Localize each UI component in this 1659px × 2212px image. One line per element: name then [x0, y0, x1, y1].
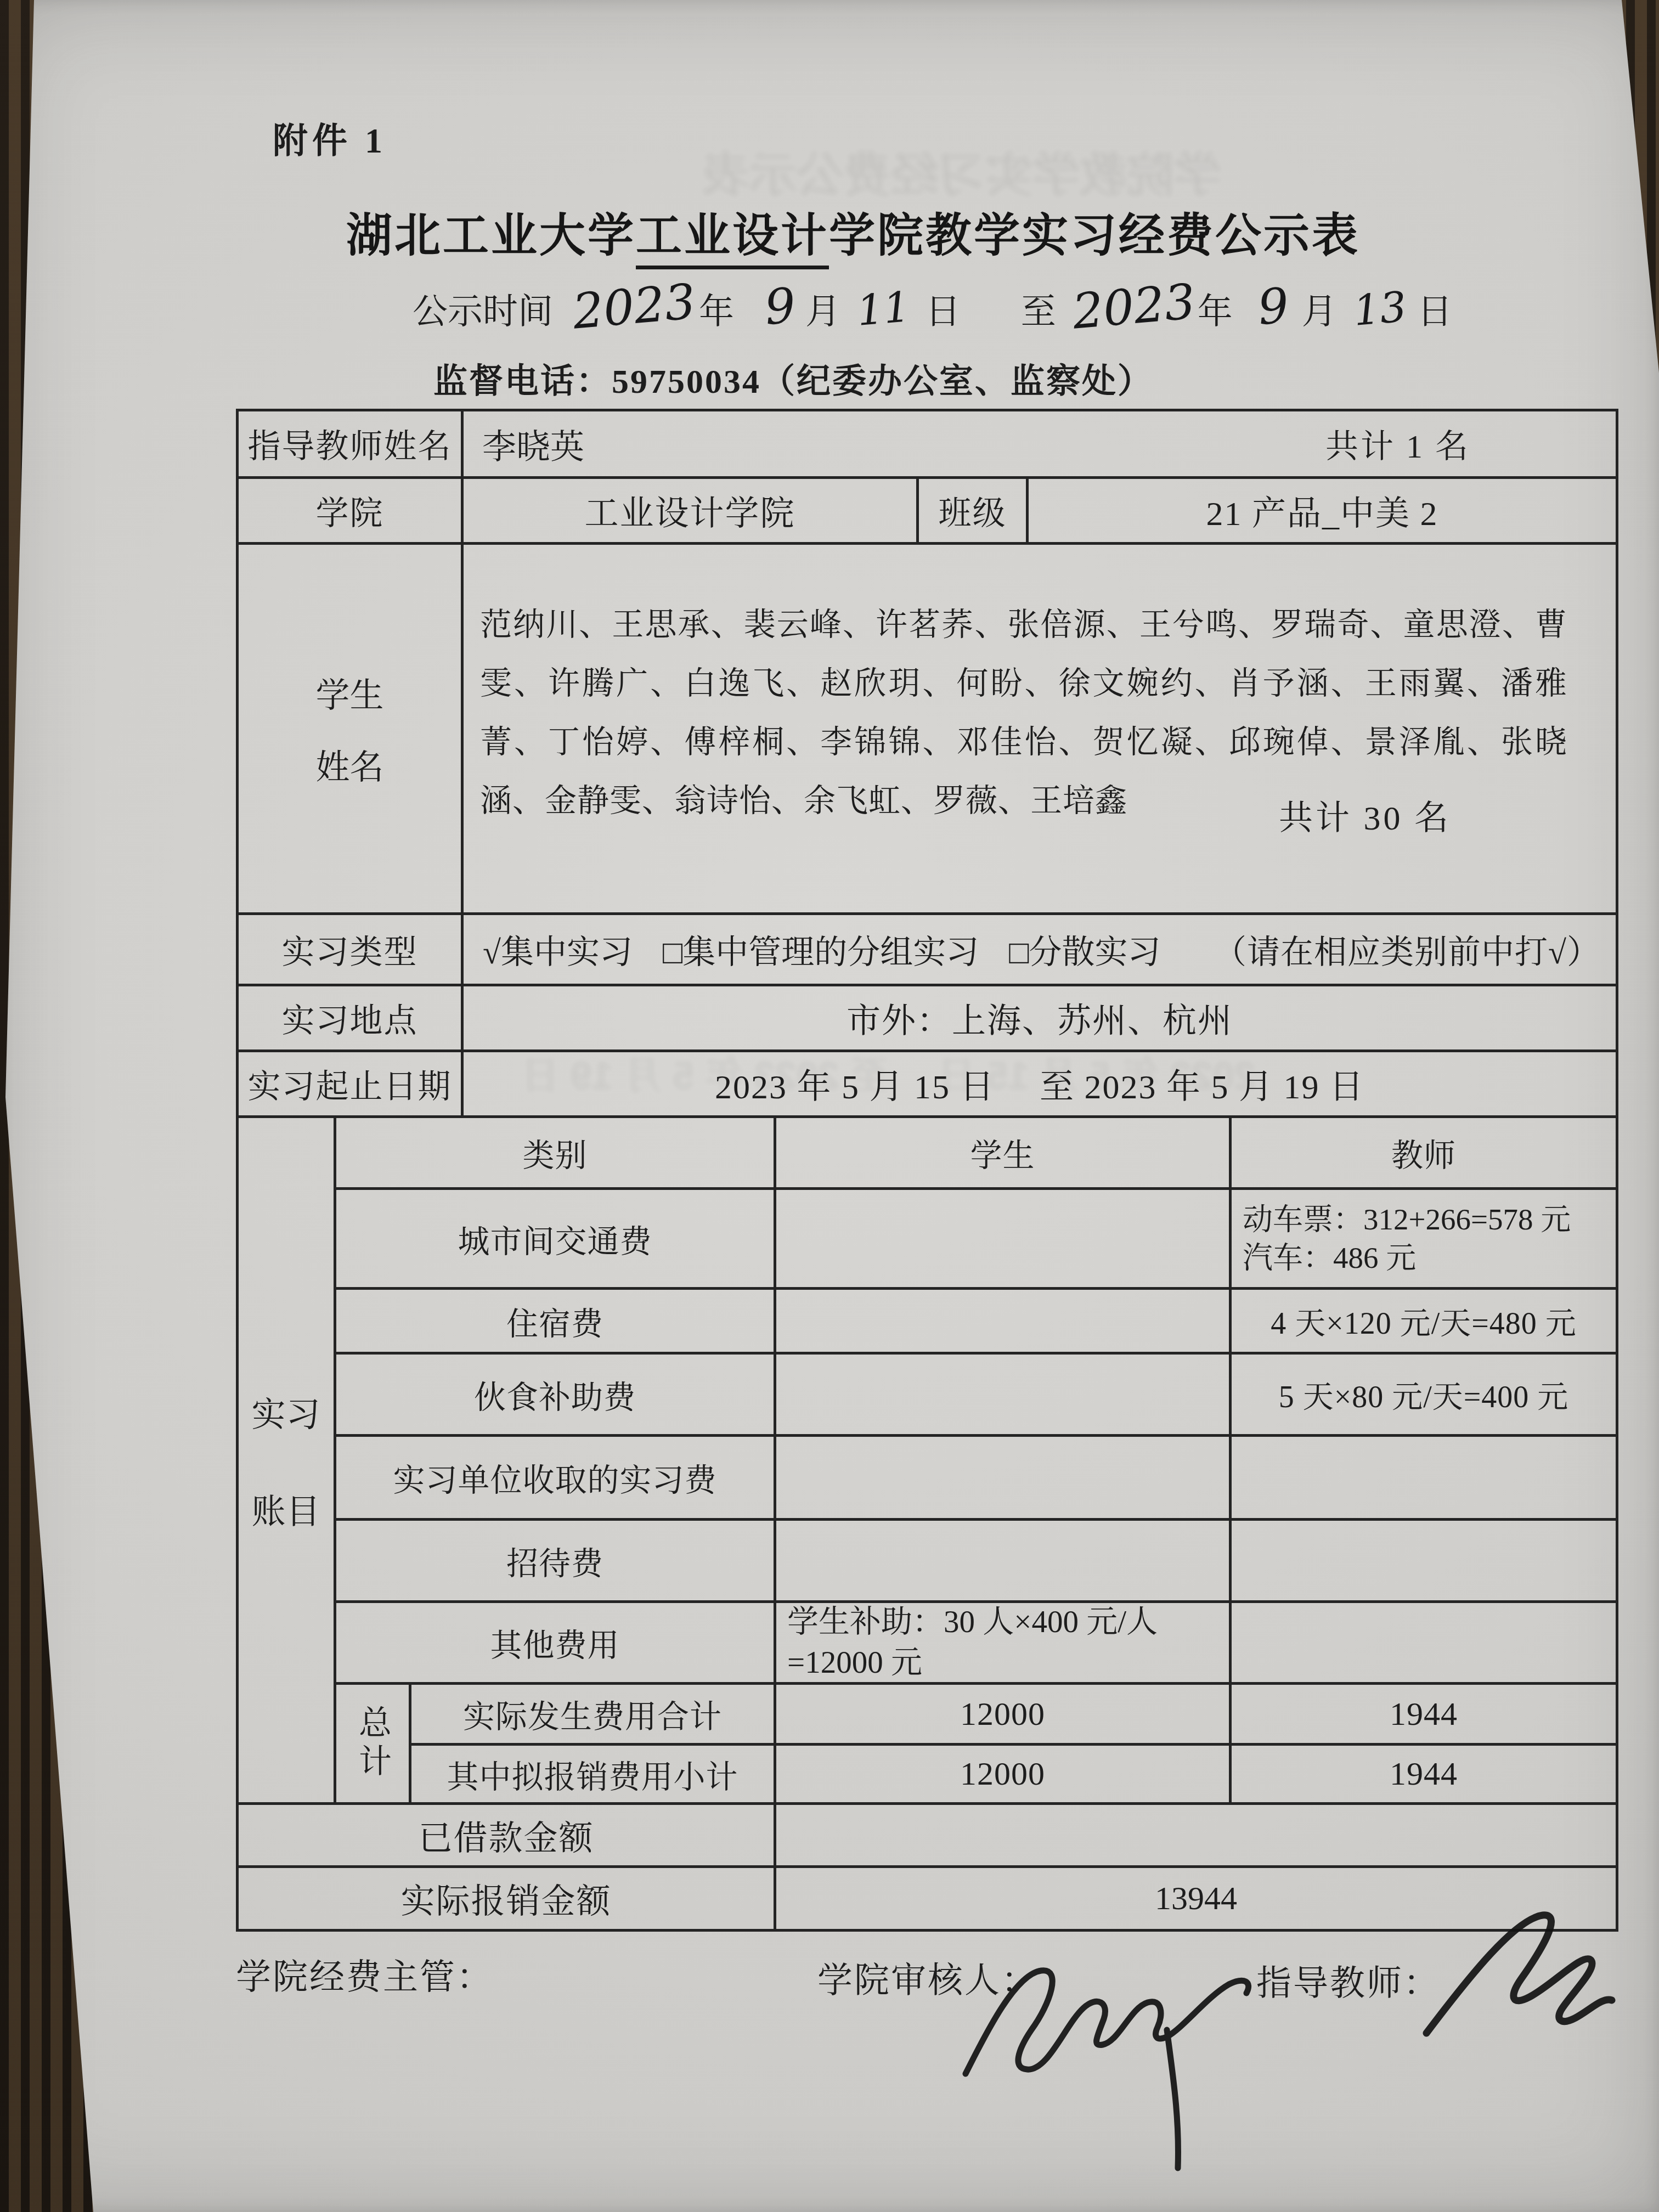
teacher-name-value: 李晓英 [482, 420, 584, 469]
category-meal: 伙食补助费 [334, 1352, 774, 1434]
internship-type-options: √集中实习 □集中管理的分组实习 □分散实习 （请在相应类别前中打√） [461, 915, 1616, 984]
reception-teacher [1229, 1518, 1616, 1600]
internship-type-label: 实习类型 [239, 915, 461, 984]
unit-day: 日 [926, 283, 961, 334]
category-reception: 招待费 [334, 1518, 774, 1600]
paper-sheet: 学院教学实习经费公示表 2023 年 5 月 15 日 至 2023 年 5 月… [0, 0, 1659, 2212]
dates-value: 2023 年 5 月 15 日 至 2023 年 5 月 19 日 [461, 1052, 1616, 1115]
accounts-table: 实习 账目 类别 学生 教师 城市间交通费 动车票：312+266=578 元 … [239, 1115, 1616, 1802]
photo-of-form: 学院教学实习经费公示表 2023 年 5 月 15 日 至 2023 年 5 月… [0, 0, 1659, 2212]
handwritten-end-month: 9 [1256, 281, 1290, 332]
title-pre: 湖北工业大学 [346, 210, 636, 261]
type-note: （请在相应类别前中打√） [1214, 926, 1600, 973]
meal-teacher: 5 天×80 元/天=400 元 [1229, 1352, 1616, 1434]
lodging-student [774, 1287, 1229, 1352]
location-label: 实习地点 [239, 986, 461, 1049]
college-label: 学院 [239, 479, 461, 542]
unit-month: 月 [805, 283, 840, 334]
accounts-label: 实习 账目 [239, 1118, 334, 1802]
students-row: 学生 姓名 范纳川、王思承、裴云峰、许茗荞、张倍源、王兮鸣、罗瑞奇、童思澄、曹雯… [239, 542, 1616, 912]
accounts-label-line1: 实习 [251, 1387, 320, 1436]
type-option-2: □集中管理的分组实习 [663, 926, 979, 973]
total-actual-label: 实际发生费用合计 [409, 1682, 774, 1743]
teacher-signature [1426, 1915, 1612, 2033]
dates-row: 实习起止日期 2023 年 5 月 15 日 至 2023 年 5 月 19 日 [239, 1049, 1616, 1115]
handwritten-end-day: 13 [1351, 286, 1408, 332]
unit-day-2: 日 [1417, 283, 1452, 334]
teacher-name-cell: 李晓英 共计 1 名 [461, 411, 1616, 476]
internship-fee-table: 指导教师姓名 李晓英 共计 1 名 学院 工业设计学院 班级 21 产品_中美 … [236, 409, 1618, 1932]
class-label: 班级 [916, 479, 1026, 542]
students-label-line1: 学生 [315, 668, 383, 717]
borrowed-row: 已借款金额 [239, 1802, 1616, 1865]
college-class-row: 学院 工业设计学院 班级 21 产品_中美 2 [239, 476, 1616, 542]
transport-student [774, 1187, 1229, 1287]
reimbursed-label: 实际报销金额 [239, 1868, 774, 1929]
total-reimburse-label: 其中拟报销费用小计 [409, 1743, 774, 1802]
lodging-teacher: 4 天×120 元/天=480 元 [1229, 1287, 1616, 1352]
unit-fee-student [774, 1434, 1229, 1518]
borrowed-label: 已借款金额 [239, 1805, 774, 1865]
teacher-name-label: 指导教师姓名 [239, 411, 461, 476]
teacher-sign-label: 指导教师： [1256, 1955, 1440, 2005]
total-reimburse-student: 12000 [774, 1743, 1229, 1802]
type-option-3: □分散实习 [1009, 926, 1160, 973]
category-other: 其他费用 [334, 1600, 774, 1682]
dates-label: 实习起止日期 [239, 1052, 461, 1115]
title-post: 学院教学实习经费公示表 [829, 210, 1360, 261]
page-title: 湖北工业大学工业设计学院教学实习经费公示表 [219, 199, 1487, 265]
publicity-period-line: 公示时间 2023 年 9 月 11 日 至 2023 年 9 月 13 日 [413, 283, 1452, 334]
students-cell: 范纳川、王思承、裴云峰、许茗荞、张倍源、王兮鸣、罗瑞奇、童思澄、曹雯、许腾广、白… [461, 545, 1616, 912]
fund-manager-label: 学院经费主管： [236, 1949, 493, 1999]
total-reimburse-teacher: 1944 [1229, 1743, 1616, 1802]
unit-year-2: 年 [1198, 283, 1233, 334]
other-student-line1: 学生补助：30 人×400 元/人 [787, 1602, 1158, 1643]
teacher-count: 共计 1 名 [1325, 420, 1470, 467]
handwritten-start-month: 9 [763, 281, 797, 332]
class-value: 21 产品_中美 2 [1026, 479, 1616, 542]
category-unit-fee: 实习单位收取的实习费 [334, 1434, 774, 1518]
reviewer-label: 学院审核人： [817, 1952, 1038, 2002]
students-count: 共计 30 名 [1279, 791, 1451, 839]
location-value: 市外：上海、苏州、杭州 [461, 986, 1616, 1049]
transport-teacher: 动车票：312+266=578 元 汽车：486 元 [1229, 1187, 1616, 1287]
accounts-label-line2: 账目 [251, 1485, 320, 1533]
reimbursed-row: 实际报销金额 13944 [239, 1865, 1616, 1929]
publicity-label: 公示时间 [413, 283, 553, 334]
attachment-label: 附件 1 [273, 112, 387, 163]
handwritten-start-year: 2023 [571, 277, 698, 336]
unit-fee-teacher [1229, 1434, 1616, 1518]
total-actual-teacher: 1944 [1229, 1682, 1616, 1743]
college-value: 工业设计学院 [461, 479, 916, 542]
category-lodging: 住宿费 [334, 1287, 774, 1352]
unit-month-2: 月 [1302, 283, 1337, 334]
totals-label: 总计 [334, 1682, 409, 1802]
total-actual-student: 12000 [774, 1682, 1229, 1743]
reception-student [774, 1518, 1229, 1600]
title-underlined: 工业设计 [636, 210, 829, 269]
category-transport: 城市间交通费 [334, 1187, 774, 1287]
unit-year: 年 [699, 283, 734, 334]
teacher-name-row: 指导教师姓名 李晓英 共计 1 名 [239, 411, 1616, 476]
head-category: 类别 [334, 1118, 774, 1187]
students-names: 范纳川、王思承、裴云峰、许茗荞、张倍源、王兮鸣、罗瑞奇、童思澄、曹雯、许腾广、白… [464, 545, 1616, 830]
meal-student [774, 1352, 1229, 1434]
head-student: 学生 [774, 1118, 1229, 1187]
students-label: 学生 姓名 [239, 545, 461, 912]
head-teacher: 教师 [1229, 1118, 1616, 1187]
to-label: 至 [1021, 283, 1056, 334]
transport-teacher-line1: 动车票：312+266=578 元 [1243, 1200, 1571, 1239]
bleedthrough-ghost-title: 学院教学实习经费公示表 [702, 137, 1221, 205]
handwritten-start-day: 11 [855, 286, 912, 332]
internship-type-row: 实习类型 √集中实习 □集中管理的分组实习 □分散实习 （请在相应类别前中打√） [239, 912, 1616, 984]
reimbursed-value: 13944 [774, 1868, 1616, 1929]
other-student-line2: =12000 元 [787, 1643, 922, 1683]
other-teacher [1229, 1600, 1616, 1682]
transport-teacher-line2: 汽车：486 元 [1243, 1239, 1416, 1277]
supervision-phone-line: 监督电话：59750034（纪委办公室、监察处） [433, 354, 1153, 403]
borrowed-value [774, 1805, 1616, 1865]
location-row: 实习地点 市外：上海、苏州、杭州 [239, 984, 1616, 1049]
type-option-checked: √集中实习 [483, 926, 633, 973]
students-label-line2: 姓名 [315, 740, 383, 789]
handwritten-end-year: 2023 [1070, 277, 1197, 336]
other-student: 学生补助：30 人×400 元/人 =12000 元 [774, 1600, 1229, 1682]
